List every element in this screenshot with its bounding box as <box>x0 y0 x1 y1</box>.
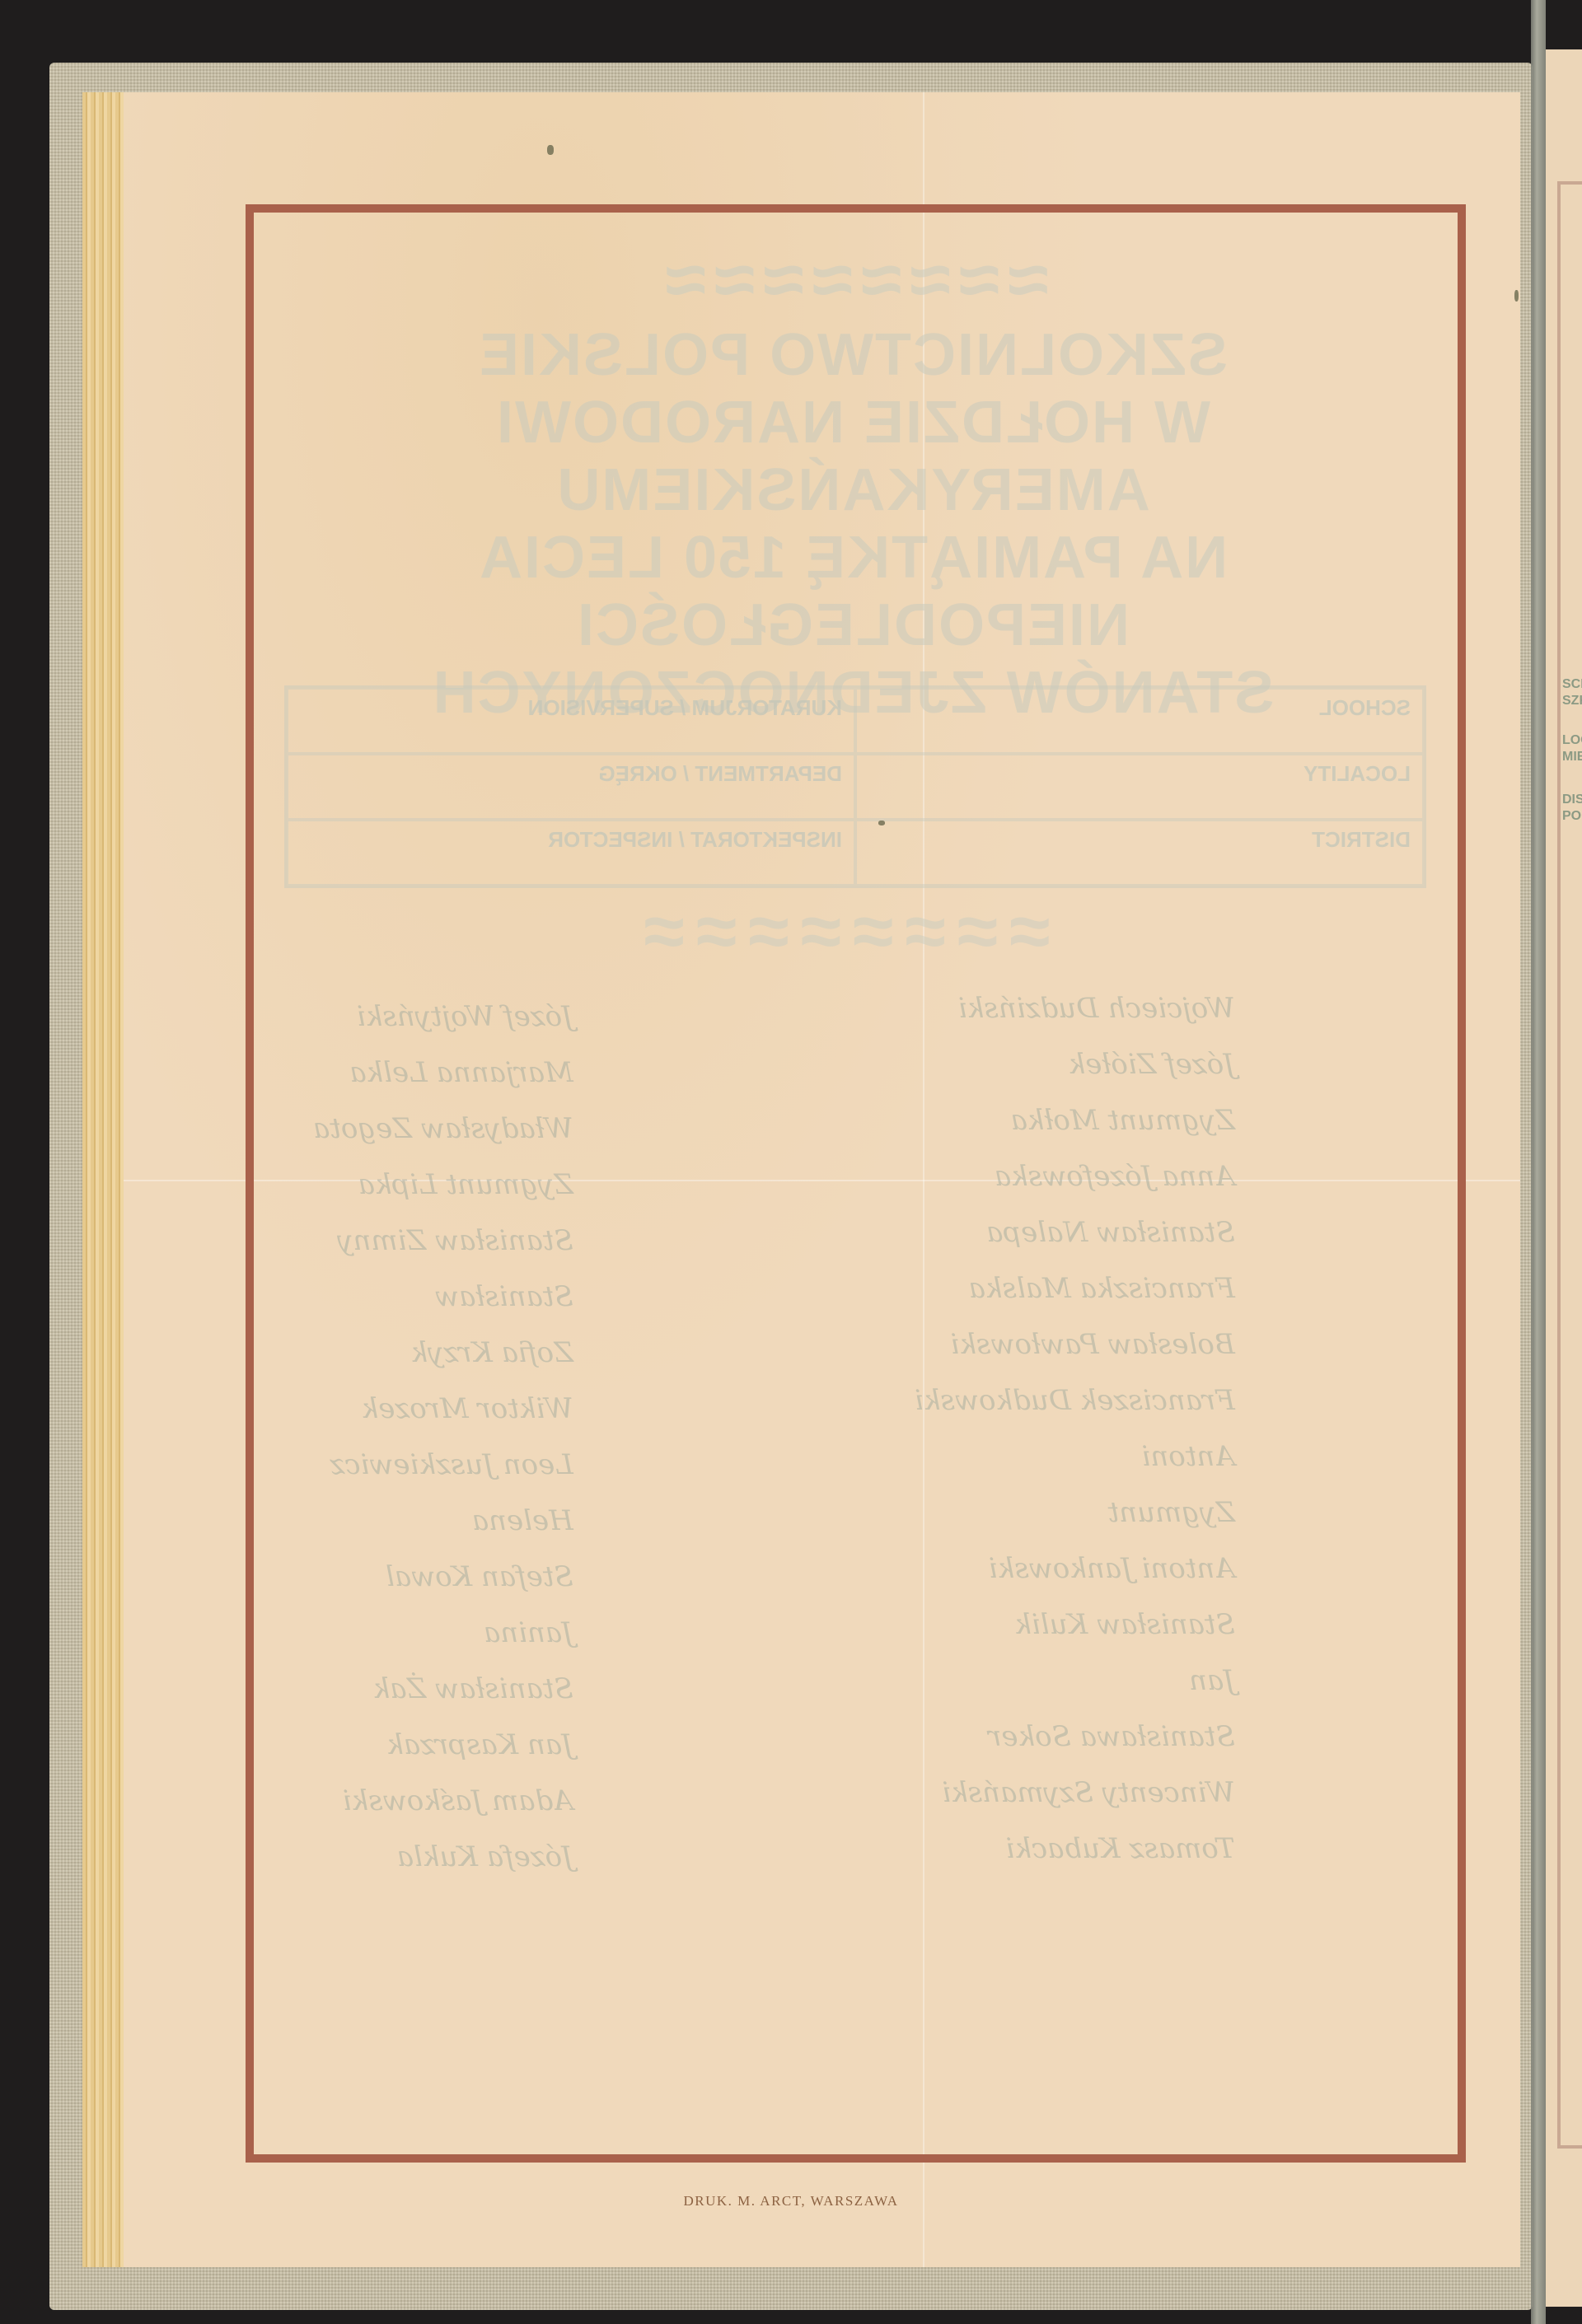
paper-spot <box>878 821 885 825</box>
adjacent-page-text: MIE <box>1562 750 1582 765</box>
page-edges <box>82 92 125 2267</box>
decorative-frame <box>246 204 1466 2163</box>
glass-edge <box>1531 0 1546 2324</box>
paper-spot <box>547 145 554 155</box>
adjacent-page-frame <box>1557 181 1582 2149</box>
adjacent-page-text: PO <box>1562 809 1581 824</box>
adjacent-page-text: SZK <box>1562 694 1582 708</box>
printer-imprint: DRUK. M. ARCT, WARSZAWA <box>0 2193 1582 2209</box>
adjacent-page-text: SCH <box>1562 677 1582 692</box>
adjacent-page-text: LOC <box>1562 733 1582 748</box>
paper-spot <box>1514 290 1519 302</box>
adjacent-page-text: DIS <box>1562 793 1582 807</box>
